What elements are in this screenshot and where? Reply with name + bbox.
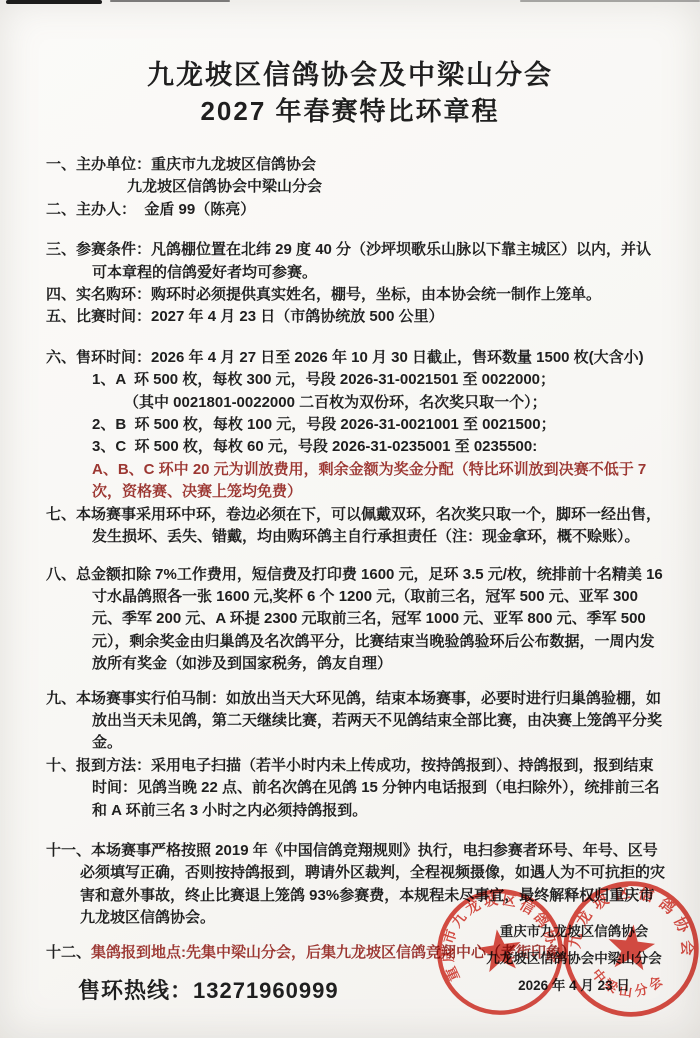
- item-9-race-system: 九、本场赛事实行伯马制：如放出当天大环见鸽，结束本场赛事，必要时进行归巢鸽验棚，…: [46, 688, 666, 755]
- item-2-host: 二、主办人： 金盾 99（陈亮）: [46, 199, 666, 221]
- item-1-organizer: 一、主办单位：重庆市九龙坡区信鸽协会: [46, 154, 666, 176]
- item-7-ring-rules: 七、本场赛事采用环中环，卷边必须在下，可以佩戴双环，名次奖只取一个，脚环一经出售…: [46, 504, 666, 549]
- item-5-race-date: 五、比赛时间：2027 年 4 月 23 日（市鸽协统放 500 公里）: [46, 306, 666, 328]
- seal-ring-text-bottom: 中梁山分会: [587, 964, 667, 1003]
- item-6-ring-sales: 六、售环时间：2026 年 4 月 27 日至 2026 年 10 月 30 日…: [46, 347, 666, 369]
- star-icon: [475, 926, 524, 973]
- item-6-sub-a-ring: 1、A 环 500 枚，每枚 300 元，号段 2026-31-0021501 …: [92, 369, 666, 391]
- star-icon: [606, 922, 657, 971]
- document-title-line2: 2027 年春赛特比环章程: [0, 92, 700, 130]
- item-1-organizer-cont: 九龙坡区信鸽协会中梁山分会: [127, 176, 666, 198]
- item-6-sub-b-ring: 2、B 环 500 枚，每枚 100 元，号段 2026-31-0021001 …: [92, 414, 666, 436]
- item-10-check-in: 十、报到方法：采用电子扫描（若半小时内未上传成功，按持鸽报到）、持鸽报到，报到结…: [46, 755, 666, 822]
- scan-artifact-line: [6, 0, 102, 4]
- document-header: 九龙坡区信鸽协会及中梁山分会 2027 年春赛特比环章程: [0, 0, 700, 130]
- item-3-eligibility: 三、参赛条件：凡鸽棚位置在北纬 29 度 40 分（沙坪坝歌乐山脉以下靠主城区）…: [46, 239, 666, 284]
- item-4-real-name: 四、实名购环：购环时必须提供真实姓名，棚号，坐标，由本协会统一制作上笼单。: [46, 284, 666, 306]
- scan-artifact-line: [520, 0, 700, 2]
- scanned-document-page: 九龙坡区信鸽协会及中梁山分会 2027 年春赛特比环章程 一、主办单位：重庆市九…: [0, 0, 700, 1038]
- item-6-red-note: A、B、C 环中 20 元为训放费用，剩余金额为奖金分配（特比环训放到决赛不低于…: [92, 459, 666, 504]
- official-seal-right: 九龙坡区信鸽协会 中梁山分会: [553, 871, 700, 1027]
- item-6-sub-c-ring: 3、C 环 500 枚，每枚 60 元，号段 2026-31-0235001 至…: [92, 436, 666, 458]
- official-seal-left: 重庆市九龙坡区信鸽协会: [425, 877, 574, 1026]
- svg-text:中梁山分会: 中梁山分会: [587, 964, 667, 1003]
- document-title-line1: 九龙坡区信鸽协会及中梁山分会: [0, 58, 700, 92]
- scan-artifact-line: [110, 0, 230, 2]
- item-8-prize-allocation: 八、总金额扣除 7%工作费用，短信费及打印费 1600 元，足环 3.5 元/枚…: [46, 564, 666, 676]
- item-12-number: 十二、: [46, 944, 91, 961]
- item-6-sub-a-note: （其中 0021801-0022000 二百枚为双份环，名次奖只取一个）；: [124, 392, 666, 414]
